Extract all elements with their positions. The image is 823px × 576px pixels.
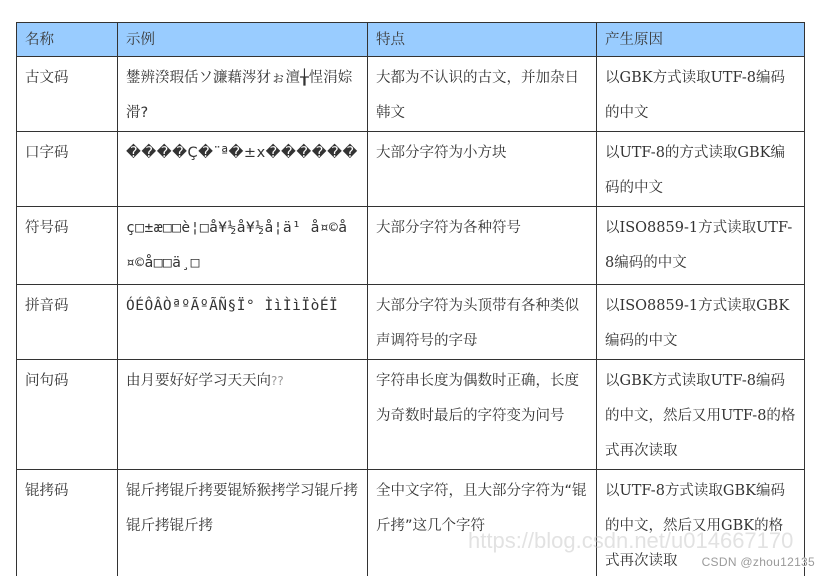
- cell-example: 由月要好好学习天天向??: [118, 360, 368, 470]
- cell-example: 锟斤拷锟斤拷要锟矫猴拷学习锟斤拷锟斤拷锟斤拷: [118, 470, 368, 576]
- table-row: 口字码 ����Ç�¨ª�±x������ 大部分字符为小方块 以UTF-8的方…: [17, 132, 805, 207]
- header-name: 名称: [17, 23, 118, 57]
- cell-feature: 大部分字符为各种符号: [368, 207, 597, 285]
- cell-name: 问句码: [17, 360, 118, 470]
- cell-feature: 大都为不认识的古文，并加杂日韩文: [368, 57, 597, 132]
- cell-cause: 以GBK方式读取UTF-8编码的中文，然后又用UTF-8的格式再次读取: [597, 360, 805, 470]
- cell-example: 鐢辨湀瑕佸ソ濂藉涔犲ぉ澶╁悜涓婃滑?: [118, 57, 368, 132]
- cell-feature: 字符串长度为偶数时正确，长度为奇数时最后的字符变为问号: [368, 360, 597, 470]
- header-row: 名称 示例 特点 产生原因: [17, 23, 805, 57]
- table-row: 问句码 由月要好好学习天天向?? 字符串长度为偶数时正确，长度为奇数时最后的字符…: [17, 360, 805, 470]
- encoding-garble-table: 名称 示例 特点 产生原因 古文码 鐢辨湀瑕佸ソ濂藉涔犲ぉ澶╁悜涓婃滑? 大都为…: [16, 22, 805, 576]
- cell-name: 拼音码: [17, 285, 118, 360]
- cell-example: ÓÉÔÂÒªºÃºÃÑ§Ï° ÌìÌìÏòÉÏ: [118, 285, 368, 360]
- cell-example: ����Ç�¨ª�±x������: [118, 132, 368, 207]
- table-body: 古文码 鐢辨湀瑕佸ソ濂藉涔犲ぉ澶╁悜涓婃滑? 大都为不认识的古文，并加杂日韩文 …: [17, 57, 805, 576]
- table-row: 锟拷码 锟斤拷锟斤拷要锟矫猴拷学习锟斤拷锟斤拷锟斤拷 全中文字符，且大部分字符为…: [17, 470, 805, 576]
- header-cause: 产生原因: [597, 23, 805, 57]
- cell-feature: 大部分字符为小方块: [368, 132, 597, 207]
- table-header: 名称 示例 特点 产生原因: [17, 23, 805, 57]
- header-feature: 特点: [368, 23, 597, 57]
- cell-feature: 大部分字符为头顶带有各种类似声调符号的字母: [368, 285, 597, 360]
- header-example: 示例: [118, 23, 368, 57]
- cell-cause: 以GBK方式读取UTF-8编码的中文: [597, 57, 805, 132]
- cell-example: ç□±æ□□è¦□å¥½å¥½å­¦ä¹ å¤©å¤©å□□ä¸□: [118, 207, 368, 285]
- cell-cause: 以ISO8859-1方式读取GBK编码的中文: [597, 285, 805, 360]
- example-text: 由月要好好学习天天向: [126, 373, 271, 389]
- table-row: 符号码 ç□±æ□□è¦□å¥½å¥½å­¦ä¹ å¤©å¤©å□□ä¸□ 大部…: [17, 207, 805, 285]
- cell-name: 符号码: [17, 207, 118, 285]
- cell-feature: 全中文字符，且大部分字符为“锟斤拷”这几个字符: [368, 470, 597, 576]
- cell-name: 锟拷码: [17, 470, 118, 576]
- example-question-marks: ??: [271, 374, 284, 388]
- table-row: 拼音码 ÓÉÔÂÒªºÃºÃÑ§Ï° ÌìÌìÏòÉÏ 大部分字符为头顶带有各种…: [17, 285, 805, 360]
- cell-cause: 以UTF-8的方式读取GBK编码的中文: [597, 132, 805, 207]
- cell-name: 古文码: [17, 57, 118, 132]
- watermark-credit: CSDN @zhou12135: [702, 555, 815, 569]
- cell-name: 口字码: [17, 132, 118, 207]
- cell-cause: 以ISO8859-1方式读取UTF-8编码的中文: [597, 207, 805, 285]
- table-row: 古文码 鐢辨湀瑕佸ソ濂藉涔犲ぉ澶╁悜涓婃滑? 大都为不认识的古文，并加杂日韩文 …: [17, 57, 805, 132]
